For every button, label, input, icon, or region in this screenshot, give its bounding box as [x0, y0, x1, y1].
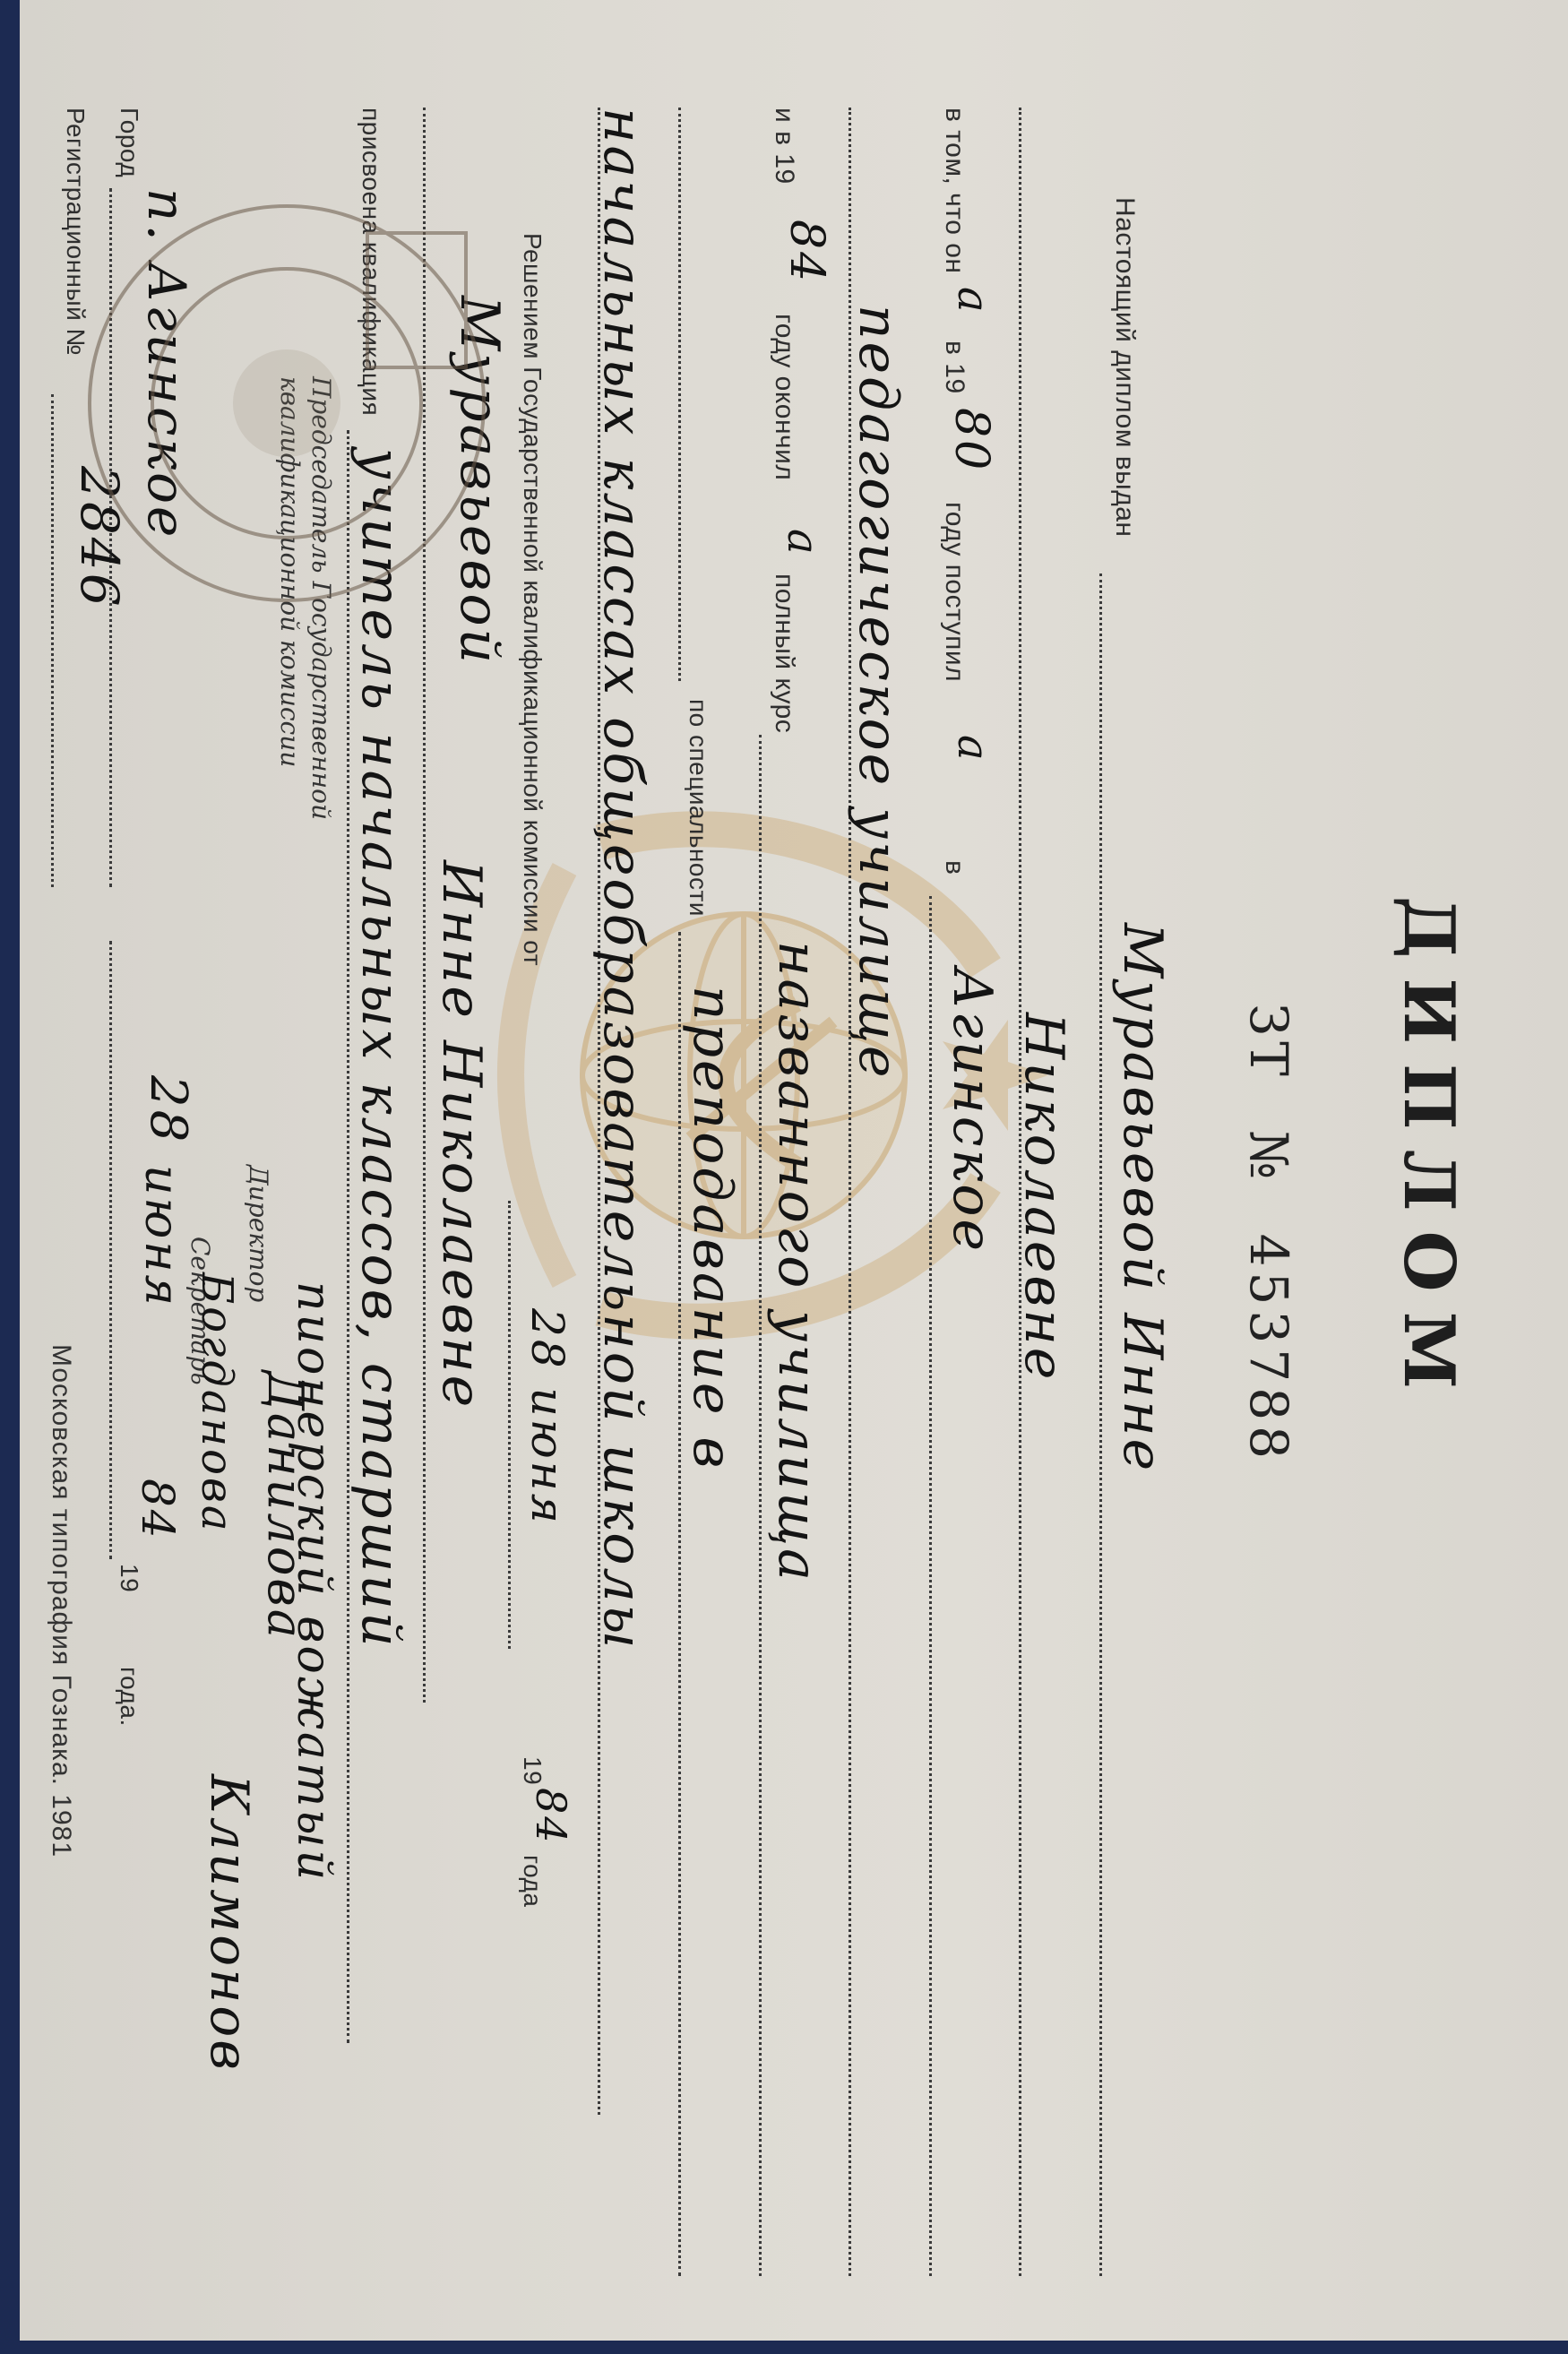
graduated-label: году окончил — [769, 314, 799, 480]
issue-date-month: июня — [134, 1165, 188, 1308]
chairman-signature: Данилова — [257, 1371, 314, 1641]
school-value-1: Агинское — [941, 968, 1004, 1254]
decision-year-value: 84 — [527, 1788, 575, 1846]
that-label: в том, что он — [939, 108, 969, 273]
decision-year-suffix: года — [518, 1855, 547, 1907]
dotted-line — [109, 941, 112, 1559]
number-sign: № — [1238, 1130, 1299, 1185]
entered-year-value: 80 — [944, 408, 998, 472]
school-value-2: педагогическое училище — [847, 305, 909, 1081]
decision-name-value-2: Инне Николаевне — [430, 860, 493, 1410]
issue-date-day: 28 — [139, 1075, 197, 1144]
dotted-line — [1099, 573, 1102, 2276]
issued-to-value-1: Муравьевой Инне — [1111, 923, 1174, 1473]
issued-to-value-2: Николаевне — [1012, 1013, 1075, 1382]
printer-imprint: Московская типография Гознака. 1981 — [46, 1344, 76, 1858]
series: ЗТ — [1238, 1004, 1299, 1082]
secretary-signature: Богданова — [192, 1272, 242, 1534]
director-label: Директор — [244, 1165, 273, 1302]
director-signature: Климонов — [199, 1774, 260, 2073]
graduated-year-label: и в 19 — [769, 108, 799, 185]
specialty-label: по специальности — [684, 699, 712, 917]
full-course-label: полный курс — [769, 573, 799, 733]
issue-year-pre: 19 — [115, 1564, 143, 1592]
round-stamp-icon — [63, 134, 511, 636]
in-label: в — [939, 860, 969, 875]
dotted-line — [51, 394, 54, 887]
entered-suffix: а — [948, 735, 998, 763]
school-value-3: названного училища — [766, 941, 829, 1583]
specialty-value-1: преподавание в — [681, 986, 744, 1470]
issued-to-label: Настоящий диплом выдан — [1109, 197, 1140, 537]
that-suffix: а — [948, 287, 998, 315]
graduated-year-value: 84 — [780, 220, 833, 284]
entered-label: году поступил — [939, 502, 969, 682]
decision-date-value: 28 июня — [521, 1308, 573, 1526]
dotted-line — [678, 108, 681, 681]
diploma-paper: ДИПЛОМ ЗТ № 453788 Настоящий диплом вы — [20, 0, 1568, 2341]
dotted-line — [929, 896, 932, 2276]
dotted-line — [508, 1201, 511, 1649]
diploma-serial: ЗТ № 453788 — [1238, 1004, 1299, 1464]
specialty-value-2: начальных классах общеобразовательной шк… — [591, 108, 654, 1651]
issue-year-value: 84 — [132, 1479, 184, 1541]
diploma-title: ДИПЛОМ — [1388, 896, 1469, 1409]
decision-label: Решением Государственной квалификационно… — [518, 233, 547, 966]
diploma-document: ДИПЛОМ ЗТ № 453788 Настоящий диплом вы — [20, 0, 1568, 2341]
issue-date-suffix: года. — [115, 1667, 143, 1727]
dotted-line — [759, 735, 762, 2276]
graduated-suffix: а — [778, 529, 828, 557]
diploma-number: 453788 — [1238, 1234, 1299, 1464]
entered-year-label: в 19 — [939, 341, 969, 394]
decision-year-pre: 19 — [518, 1756, 547, 1785]
